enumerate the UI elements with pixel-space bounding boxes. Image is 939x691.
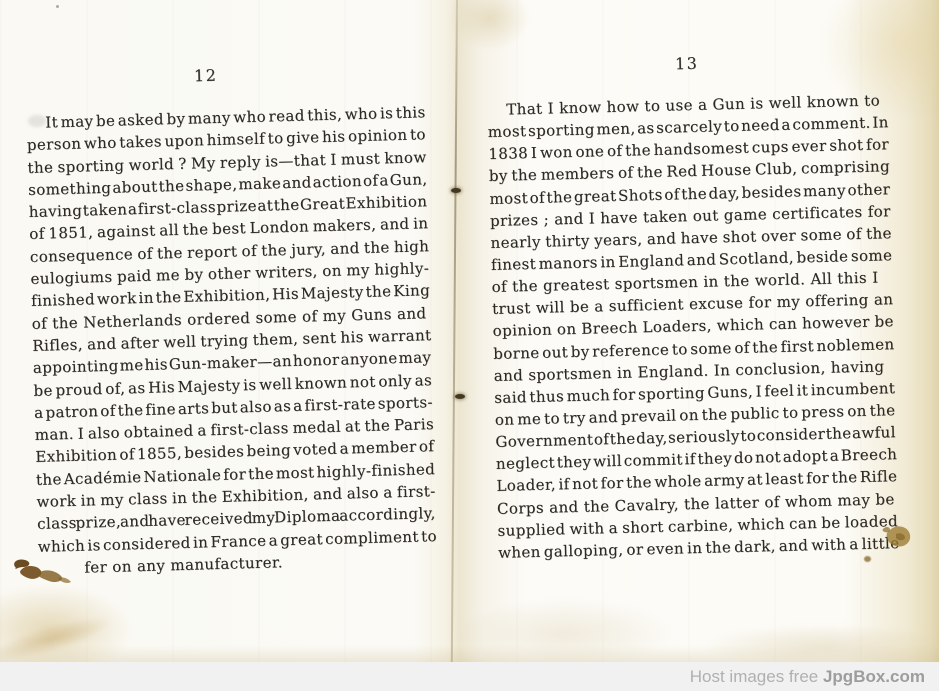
binding-stitch: [451, 188, 461, 193]
page-number-left: 12: [194, 66, 218, 86]
tan-stain-blot: [876, 522, 916, 556]
left-page-text: It may be asked by many who read this, w…: [26, 101, 438, 580]
dust-speck: [56, 5, 59, 8]
watermark-text: Host images free: [690, 667, 823, 687]
watermark-brand: JpgBox.com: [823, 667, 925, 687]
binding-stitch: [455, 394, 465, 399]
bottom-center-stain: [455, 598, 675, 670]
tan-stain-dot: [864, 556, 871, 562]
watermark-bar: Host images free JpgBox.com: [0, 662, 939, 691]
page-number-right: 13: [675, 54, 699, 74]
right-page-text: That I know how to use a Gun is well kno…: [487, 89, 899, 564]
ink-stain-blot: [8, 556, 74, 588]
